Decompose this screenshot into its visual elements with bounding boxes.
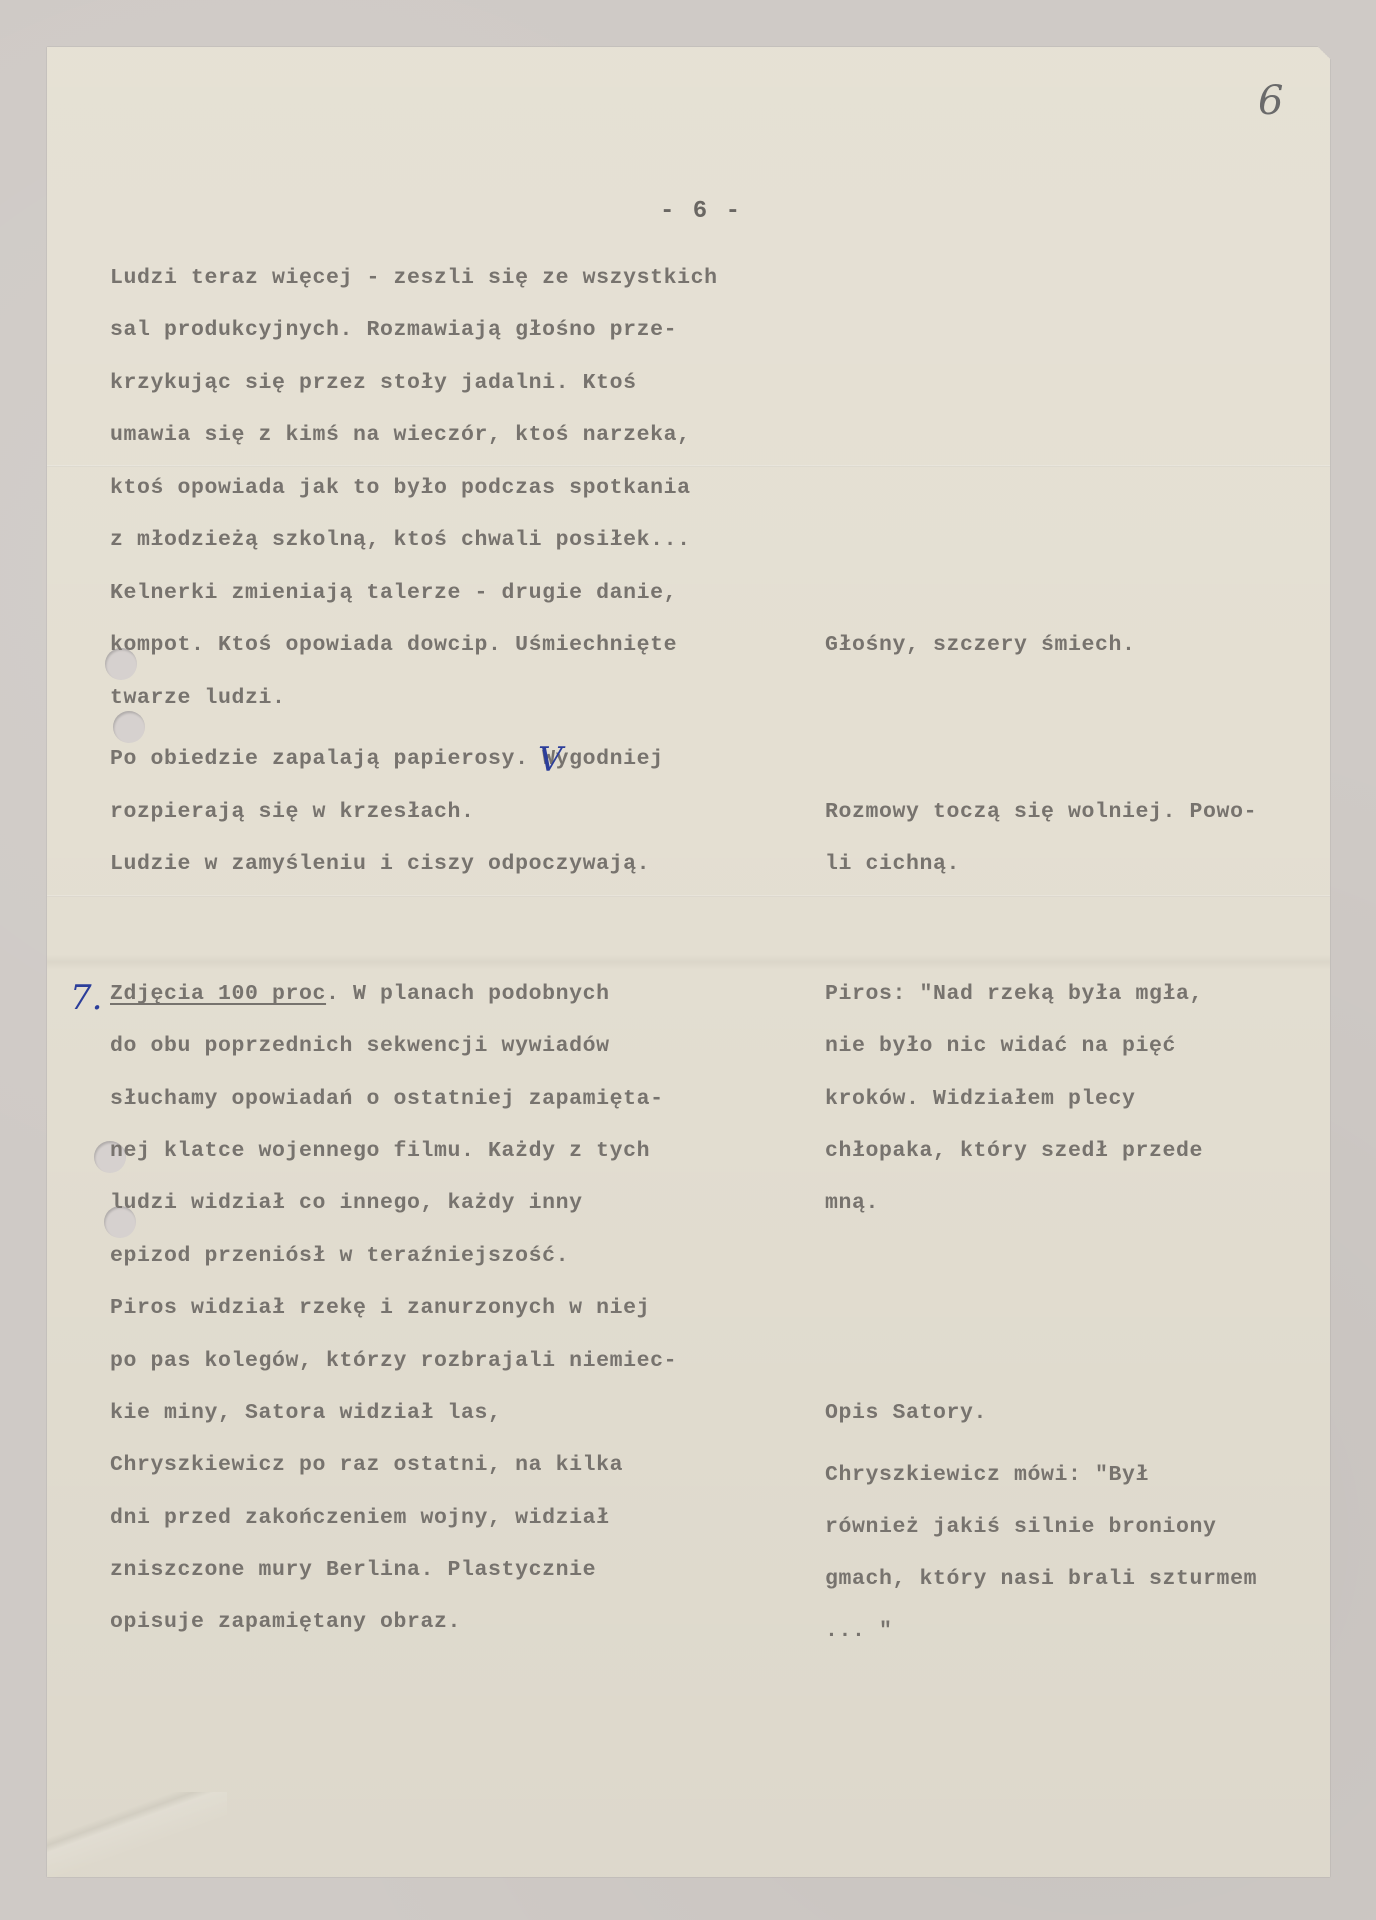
text-line: twarze ludzi.: [110, 685, 286, 711]
text-line: opisuje zapamiętany obraz.: [110, 1609, 461, 1635]
text-line: umawia się z kimś na wieczór, ktoś narze…: [110, 422, 691, 448]
section-heading-line: Zdjęcia 100 proc. W planach podobnych: [110, 981, 610, 1007]
text-line: po pas kolegów, którzy rozbrajali niemie…: [110, 1348, 677, 1374]
text-line: li cichną.: [825, 851, 960, 877]
text-line: epizod przeniósł w teraźniejszość.: [110, 1243, 569, 1269]
text-line: chłopaka, który szedł przede: [825, 1138, 1203, 1164]
section-heading: Zdjęcia 100 proc: [110, 982, 326, 1006]
section-heading-rest: . W planach podobnych: [326, 982, 610, 1006]
text-line: rozpierają się w krzesłach.: [110, 799, 475, 825]
text-line: Rozmowy toczą się wolniej. Powo-: [825, 799, 1257, 825]
text-line: Ludzie w zamyśleniu i ciszy odpoczywają.: [110, 851, 650, 877]
text-line: z młodzieżą szkolną, ktoś chwali posiłek…: [110, 527, 691, 553]
text-line: nie było nic widać na pięć: [825, 1033, 1176, 1059]
text-line: słuchamy opowiadań o ostatniej zapamięta…: [110, 1086, 664, 1112]
text-line: Po obiedzie zapalają papierosy. Wygodnie…: [110, 746, 664, 772]
text-line: ludzi widział co innego, każdy inny: [110, 1190, 583, 1216]
text-line: Piros widział rzekę i zanurzonych w niej: [110, 1295, 650, 1321]
text-line: krzykując się przez stoły jadalni. Ktoś: [110, 370, 637, 396]
paper-fold-line: [47, 895, 1330, 897]
text-line: Chryszkiewicz mówi: "Był: [825, 1462, 1149, 1488]
text-line: dni przed zakończeniem wojny, widział: [110, 1505, 610, 1531]
text-line: mną.: [825, 1190, 879, 1216]
typed-page-number: - 6 -: [660, 198, 742, 225]
paper-crease: [47, 1792, 227, 1879]
text-line: kompot. Ktoś opowiada dowcip. Uśmiechnię…: [110, 632, 677, 658]
punch-hole: [113, 711, 145, 743]
handwritten-correction: V: [538, 740, 563, 780]
text-line: również jakiś silnie broniony: [825, 1514, 1217, 1540]
text-line: Opis Satory.: [825, 1400, 987, 1426]
paper-fold-line: [47, 465, 1330, 467]
text-line: sal produkcyjnych. Rozmawiają głośno prz…: [110, 317, 677, 343]
text-line: kie miny, Satora widział las,: [110, 1400, 502, 1426]
text-line: Chryszkiewicz po raz ostatni, na kilka: [110, 1452, 623, 1478]
text-line: Głośny, szczery śmiech.: [825, 632, 1136, 658]
text-line: Ludzi teraz więcej - zeszli się ze wszys…: [110, 265, 718, 291]
handwritten-page-number: 6: [1258, 78, 1283, 124]
handwritten-section-number: 7.: [70, 978, 102, 1018]
text-line: ktoś opowiada jak to było podczas spotka…: [110, 475, 691, 501]
text-line: gmach, który nasi brali szturmem: [825, 1566, 1330, 1592]
text-line: Kelnerki zmieniają talerze - drugie dani…: [110, 580, 677, 606]
text-line: ... ": [825, 1618, 893, 1644]
text-line: do obu poprzednich sekwencji wywiadów: [110, 1033, 610, 1059]
text-line: Piros: "Nad rzeką była mgła,: [825, 981, 1203, 1007]
text-line: kroków. Widziałem plecy: [825, 1086, 1136, 1112]
text-line: nej klatce wojennego filmu. Każdy z tych: [110, 1138, 650, 1164]
text-line: zniszczone mury Berlina. Plastycznie: [110, 1557, 596, 1583]
